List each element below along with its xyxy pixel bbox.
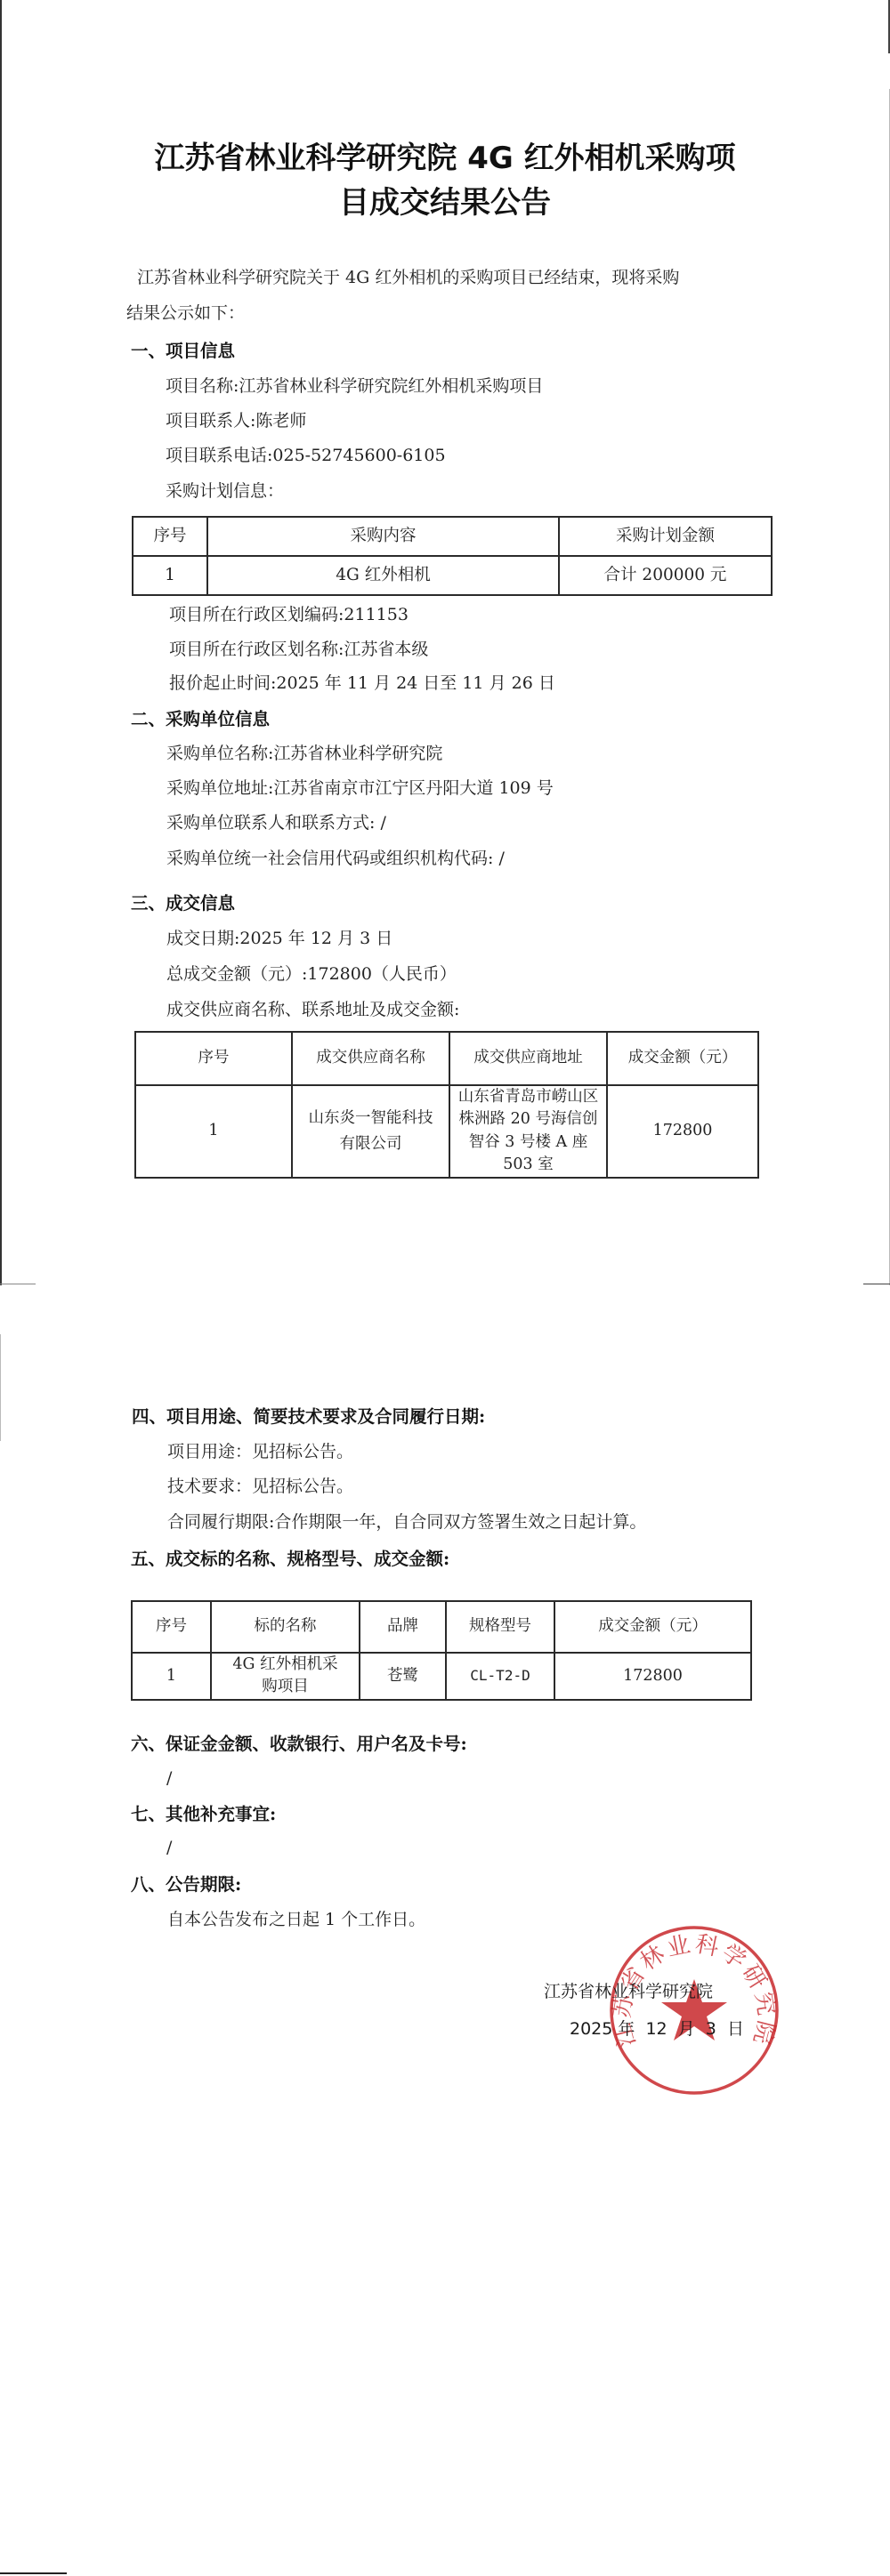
deal-item-table: 序号 标的名称 品牌 规格型号 成交金额（元） 1 4G 红外相机采购项目 苍鹭… <box>131 1600 752 1701</box>
intro-text: 江苏省林业科学研究院关于 4G 红外相机的采购项目已经结束，现将采购 <box>137 264 679 288</box>
table-row: 1 4G 红外相机采购项目 苍鹭 CL-T2-D 172800 <box>132 1653 751 1700</box>
project-usage: 项目用途：见招标公告。 <box>167 1438 353 1462</box>
project-phone: 项目联系电话:025-52745600-6105 <box>166 442 446 466</box>
buyer-address: 采购单位地址:江苏省南京市江宁区丹阳大道 109 号 <box>166 775 554 799</box>
table-row: 1 4G 红外相机 合计 200000 元 <box>133 556 772 595</box>
contract-period: 合同履行期限:合作期限一年，自合同双方签署生效之日起计算。 <box>167 1509 646 1533</box>
page-title-line2: 目成交结果公告 <box>0 178 890 221</box>
deal-date: 成交日期:2025 年 12 月 3 日 <box>166 925 392 949</box>
table-header-cell: 品牌 <box>360 1601 446 1653</box>
project-contact: 项目联系人:陈老师 <box>166 407 306 431</box>
table-header-cell: 规格型号 <box>446 1601 554 1653</box>
signature-org: 江苏省林业科学研究院 <box>544 1978 713 2002</box>
region-name: 项目所在行政区划名称:江苏省本级 <box>169 636 428 660</box>
signature-date: 2025 年 12 月 3 日 <box>570 2016 744 2040</box>
quote-period: 报价起止时间:2025 年 11 月 24 日至 11 月 26 日 <box>169 670 555 694</box>
table-header-row: 序号 标的名称 品牌 规格型号 成交金额（元） <box>132 1601 751 1653</box>
official-seal-icon: 江苏省林业科学研究院 <box>608 1924 781 2097</box>
section-heading-usage: 四、项目用途、简要技术要求及合同履行日期: <box>132 1403 485 1428</box>
notice-period-value: 自本公告发布之日起 1 个工作日。 <box>167 1906 425 1930</box>
brand-cell: 苍鹭 <box>360 1653 446 1700</box>
region-code: 项目所在行政区划编码:211153 <box>169 601 409 625</box>
table-header-cell: 序号 <box>135 1032 292 1085</box>
supplier-table: 序号 成交供应商名称 成交供应商地址 成交金额（元） 1 山东炎一智能科技有限公… <box>134 1031 759 1179</box>
table-header-cell: 采购内容 <box>207 517 559 556</box>
table-header-cell: 成交供应商地址 <box>449 1032 607 1085</box>
table-cell: 4G 红外相机 <box>207 556 559 595</box>
section-heading-deal-items: 五、成交标的名称、规格型号、成交金额: <box>131 1545 449 1570</box>
table-row: 1 山东炎一智能科技有限公司 山东省青岛市崂山区株洲路 20 号海信创智谷 3 … <box>135 1085 758 1178</box>
table-header-cell: 序号 <box>132 1601 211 1653</box>
table-cell: 合计 200000 元 <box>559 556 772 595</box>
table-cell: 1 <box>132 1653 211 1700</box>
page-edge <box>0 1334 1 1441</box>
model-cell: CL-T2-D <box>446 1653 554 1700</box>
deposit-value: / <box>166 1768 172 1788</box>
table-header-cell: 序号 <box>133 517 207 556</box>
section-heading-project-info: 一、项目信息 <box>131 337 235 362</box>
table-header-cell: 采购计划金额 <box>559 517 772 556</box>
section-heading-buyer-info: 二、采购单位信息 <box>131 705 270 730</box>
buyer-contact: 采购单位联系人和联系方式: / <box>166 809 386 833</box>
table-header-row: 序号 采购内容 采购计划金额 <box>133 517 772 556</box>
total-amount: 总成交金额（元）:172800（人民币） <box>166 961 457 985</box>
buyer-credit-code: 采购单位统一社会信用代码或组织机构代码: / <box>166 845 505 869</box>
supplier-address-cell: 山东省青岛市崂山区株洲路 20 号海信创智谷 3 号楼 A 座 503 室 <box>449 1085 607 1178</box>
supplier-label: 成交供应商名称、联系地址及成交金额: <box>166 996 459 1020</box>
purchase-plan-table: 序号 采购内容 采购计划金额 1 4G 红外相机 合计 200000 元 <box>132 516 773 596</box>
item-name-cell: 4G 红外相机采购项目 <box>211 1653 360 1700</box>
page-title: 江苏省林业科学研究院 4G 红外相机采购项 <box>0 133 890 177</box>
page-break-line <box>863 1284 890 1284</box>
page-bottom-edge <box>0 2572 67 2574</box>
table-header-cell: 成交供应商名称 <box>292 1032 449 1085</box>
section-heading-deposit: 六、保证金金额、收款银行、用户名及卡号: <box>131 1730 467 1755</box>
page-break-line <box>0 1284 36 1284</box>
project-name: 项目名称:江苏省林业科学研究院红外相机采购项目 <box>166 373 543 397</box>
intro-text: 结果公示如下： <box>126 300 245 324</box>
table-cell: 1 <box>133 556 207 595</box>
plan-label: 采购计划信息： <box>166 478 284 502</box>
section-heading-notice-period: 八、公告期限: <box>131 1871 241 1896</box>
buyer-name: 采购单位名称:江苏省林业科学研究院 <box>166 740 442 764</box>
table-header-cell: 成交金额（元） <box>554 1601 751 1653</box>
table-header-cell: 标的名称 <box>211 1601 360 1653</box>
table-cell: 1 <box>135 1085 292 1178</box>
section-heading-deal-info: 三、成交信息 <box>131 890 235 914</box>
section-heading-other: 七、其他补充事宜: <box>131 1800 276 1825</box>
table-cell: 172800 <box>554 1653 751 1700</box>
table-header-cell: 成交金额（元） <box>607 1032 758 1085</box>
supplier-name-cell: 山东炎一智能科技有限公司 <box>292 1085 449 1178</box>
table-cell: 172800 <box>607 1085 758 1178</box>
tech-requirements: 技术要求：见招标公告。 <box>167 1473 353 1497</box>
other-value: / <box>166 1838 172 1857</box>
table-header-row: 序号 成交供应商名称 成交供应商地址 成交金额（元） <box>135 1032 758 1085</box>
